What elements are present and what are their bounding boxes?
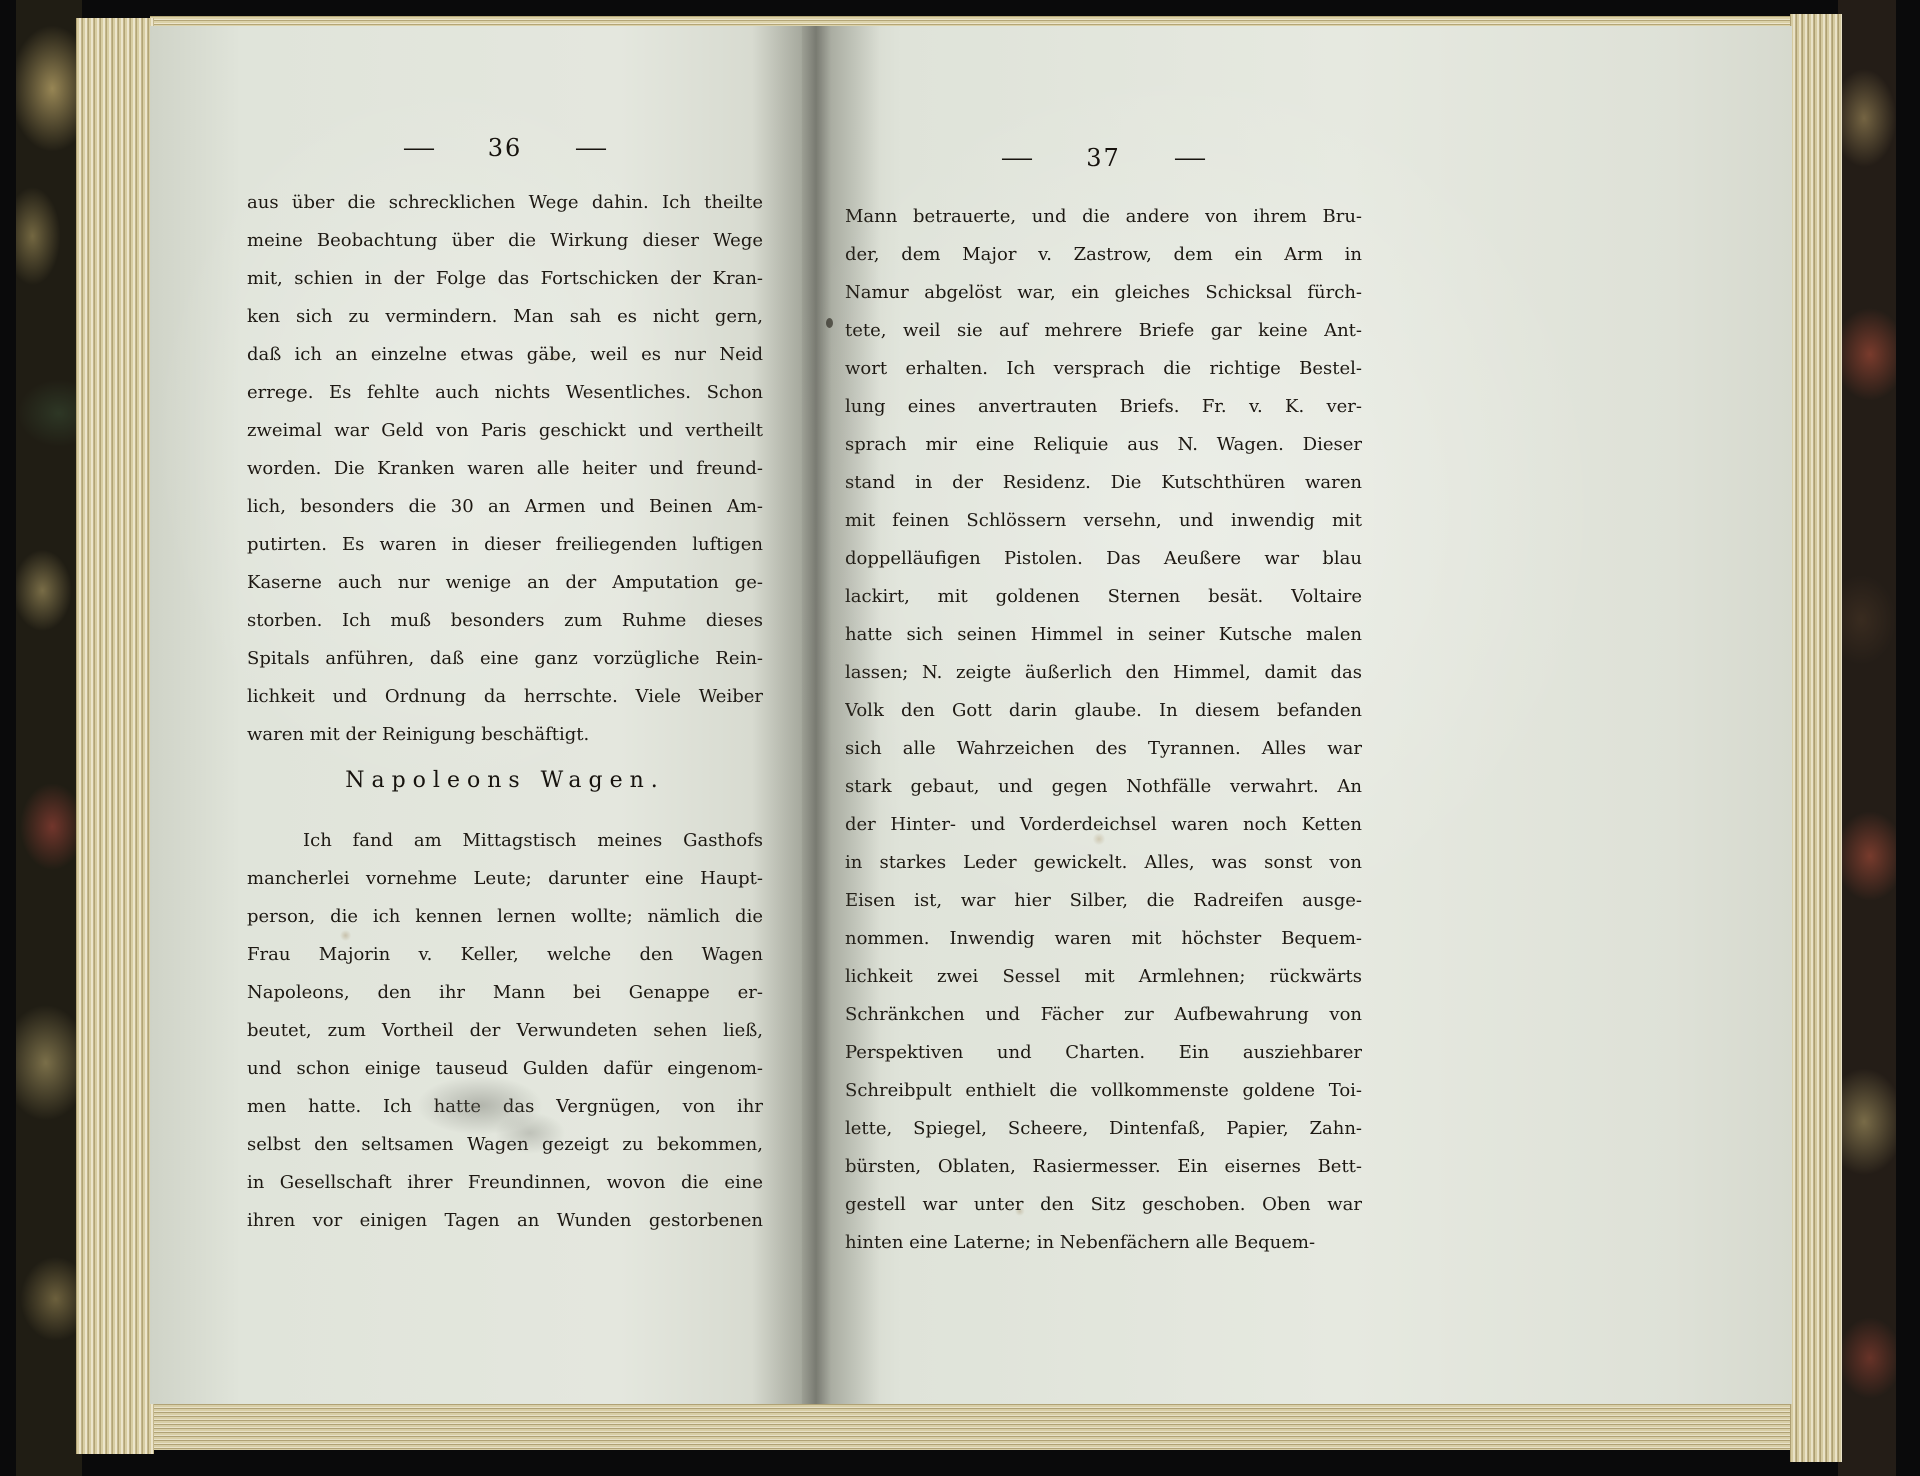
body-line: Schränkchen und Fächer zur Aufbewahrung …: [845, 996, 1362, 1034]
body-line: Namur abgelöst war, ein gleiches Schicks…: [845, 274, 1362, 312]
paragraph-2: Ich fand am Mittagstisch meines Gasthofs…: [247, 822, 763, 1240]
body-line: Frau Majorin v. Keller, welche den Wagen: [247, 936, 763, 974]
body-line: in Gesellschaft ihrer Freundinnen, wovon…: [247, 1164, 763, 1202]
page-edges-left: [76, 18, 154, 1454]
page-left: — 36 — aus über die schrecklichen Wege d…: [150, 26, 802, 1404]
body-line: nommen. Inwendig waren mit höchster Bequ…: [845, 920, 1362, 958]
body-line: Spitals anführen, daß eine ganz vorzügli…: [247, 640, 763, 678]
body-line: lung eines anvertrauten Briefs. Fr. v. K…: [845, 388, 1362, 426]
body-line: waren mit der Reinigung beschäftigt.: [247, 716, 763, 754]
body-line: Kaserne auch nur wenige an der Amputatio…: [247, 564, 763, 602]
body-line: errege. Es fehlte auch nichts Wesentlich…: [247, 374, 763, 412]
body-line: lackirt, mit goldenen Sternen besät. Vol…: [845, 578, 1362, 616]
page-right: — 37 — Mann betrauerte, und die andere v…: [802, 26, 1792, 1404]
body-line: hatte sich seinen Himmel in seiner Kutsc…: [845, 616, 1362, 654]
body-line: Schreibpult enthielt die vollkommenste g…: [845, 1072, 1362, 1110]
body-line: lichkeit und Ordnung da herrschte. Viele…: [247, 678, 763, 716]
body-line: ihren vor einigen Tagen an Wunden gestor…: [247, 1202, 763, 1240]
marbled-cover-left: [16, 0, 82, 1476]
body-line: men hatte. Ich hatte das Vergnügen, von …: [247, 1088, 763, 1126]
paragraph-continuation: Mann betrauerte, und die andere von ihre…: [845, 198, 1362, 1262]
body-line: daß ich an einzelne etwas gäbe, weil es …: [247, 336, 763, 374]
marbled-cover-right: [1838, 0, 1896, 1476]
body-line: sich alle Wahrzeichen des Tyrannen. Alle…: [845, 730, 1362, 768]
body-line: lassen; N. zeigte äußerlich den Himmel, …: [845, 654, 1362, 692]
body-line: tete, weil sie auf mehrere Briefe gar ke…: [845, 312, 1362, 350]
header-dash: —: [1001, 146, 1034, 171]
page-number-left: 36: [488, 134, 523, 162]
body-line: lich, besonders die 30 an Armen und Bein…: [247, 488, 763, 526]
body-line: meine Beobachtung über die Wirkung diese…: [247, 222, 763, 260]
paragraph-1: aus über die schrecklichen Wege dahin. I…: [247, 184, 763, 754]
body-line: wort erhalten. Ich versprach die richtig…: [845, 350, 1362, 388]
body-line: beutet, zum Vortheil der Verwundeten seh…: [247, 1012, 763, 1050]
body-line: und schon einige tauseud Gulden dafür ei…: [247, 1050, 763, 1088]
body-line: hinten eine Laterne; in Nebenfächern all…: [845, 1224, 1362, 1262]
body-line: storben. Ich muß besonders zum Ruhme die…: [247, 602, 763, 640]
body-line: Volk den Gott darin glaube. In diesem be…: [845, 692, 1362, 730]
body-line: zweimal war Geld von Paris geschickt und…: [247, 412, 763, 450]
body-line: putirten. Es waren in dieser freiliegend…: [247, 526, 763, 564]
page-number-right: 37: [1086, 144, 1121, 172]
body-line: worden. Die Kranken waren alle heiter un…: [247, 450, 763, 488]
body-line: in starkes Leder gewickelt. Alles, was s…: [845, 844, 1362, 882]
body-line: selbst den seltsamen Wagen gezeigt zu be…: [247, 1126, 763, 1164]
body-line: der, dem Major v. Zastrow, dem ein Arm i…: [845, 236, 1362, 274]
body-line: gestell war unter den Sitz geschoben. Ob…: [845, 1186, 1362, 1224]
body-line: Mann betrauerte, und die andere von ihre…: [845, 198, 1362, 236]
body-line: mit, schien in der Folge das Fortschicke…: [247, 260, 763, 298]
body-line: der Hinter- und Vorderdeichsel waren noc…: [845, 806, 1362, 844]
body-line: aus über die schrecklichen Wege dahin. I…: [247, 184, 763, 222]
book-photo: — 36 — aus über die schrecklichen Wege d…: [0, 0, 1920, 1476]
section-heading: Napoleons Wagen.: [247, 768, 763, 793]
body-line: ken sich zu vermindern. Man sah es nicht…: [247, 298, 763, 336]
body-line: doppelläufigen Pistolen. Das Aeußere war…: [845, 540, 1362, 578]
body-line: mit feinen Schlössern versehn, und inwen…: [845, 502, 1362, 540]
page-edges-bottom: [150, 1400, 1792, 1450]
body-line: Ich fand am Mittagstisch meines Gasthofs: [247, 822, 763, 860]
header-dash: —: [402, 136, 435, 161]
paper-speck: [826, 318, 833, 328]
body-line: Napoleons, den ihr Mann bei Genappe er-: [247, 974, 763, 1012]
page-edges-right: [1790, 14, 1842, 1462]
page-header-left: — 36 —: [247, 134, 763, 162]
body-line: lette, Spiegel, Scheere, Dintenfaß, Papi…: [845, 1110, 1362, 1148]
header-dash: —: [1173, 146, 1206, 171]
body-line: lichkeit zwei Sessel mit Armlehnen; rück…: [845, 958, 1362, 996]
body-line: sprach mir eine Reliquie aus N. Wagen. D…: [845, 426, 1362, 464]
body-line: person, die ich kennen lernen wollte; nä…: [247, 898, 763, 936]
body-line: Eisen ist, war hier Silber, die Radreife…: [845, 882, 1362, 920]
page-header-right: — 37 —: [845, 144, 1362, 172]
header-dash: —: [575, 136, 608, 161]
body-line: Perspektiven und Charten. Ein ausziehbar…: [845, 1034, 1362, 1072]
body-line: stark gebaut, und gegen Nothfälle verwah…: [845, 768, 1362, 806]
body-line: stand in der Residenz. Die Kutschthüren …: [845, 464, 1362, 502]
body-line: mancherlei vornehme Leute; darunter eine…: [247, 860, 763, 898]
body-line: bürsten, Oblaten, Rasiermesser. Ein eise…: [845, 1148, 1362, 1186]
